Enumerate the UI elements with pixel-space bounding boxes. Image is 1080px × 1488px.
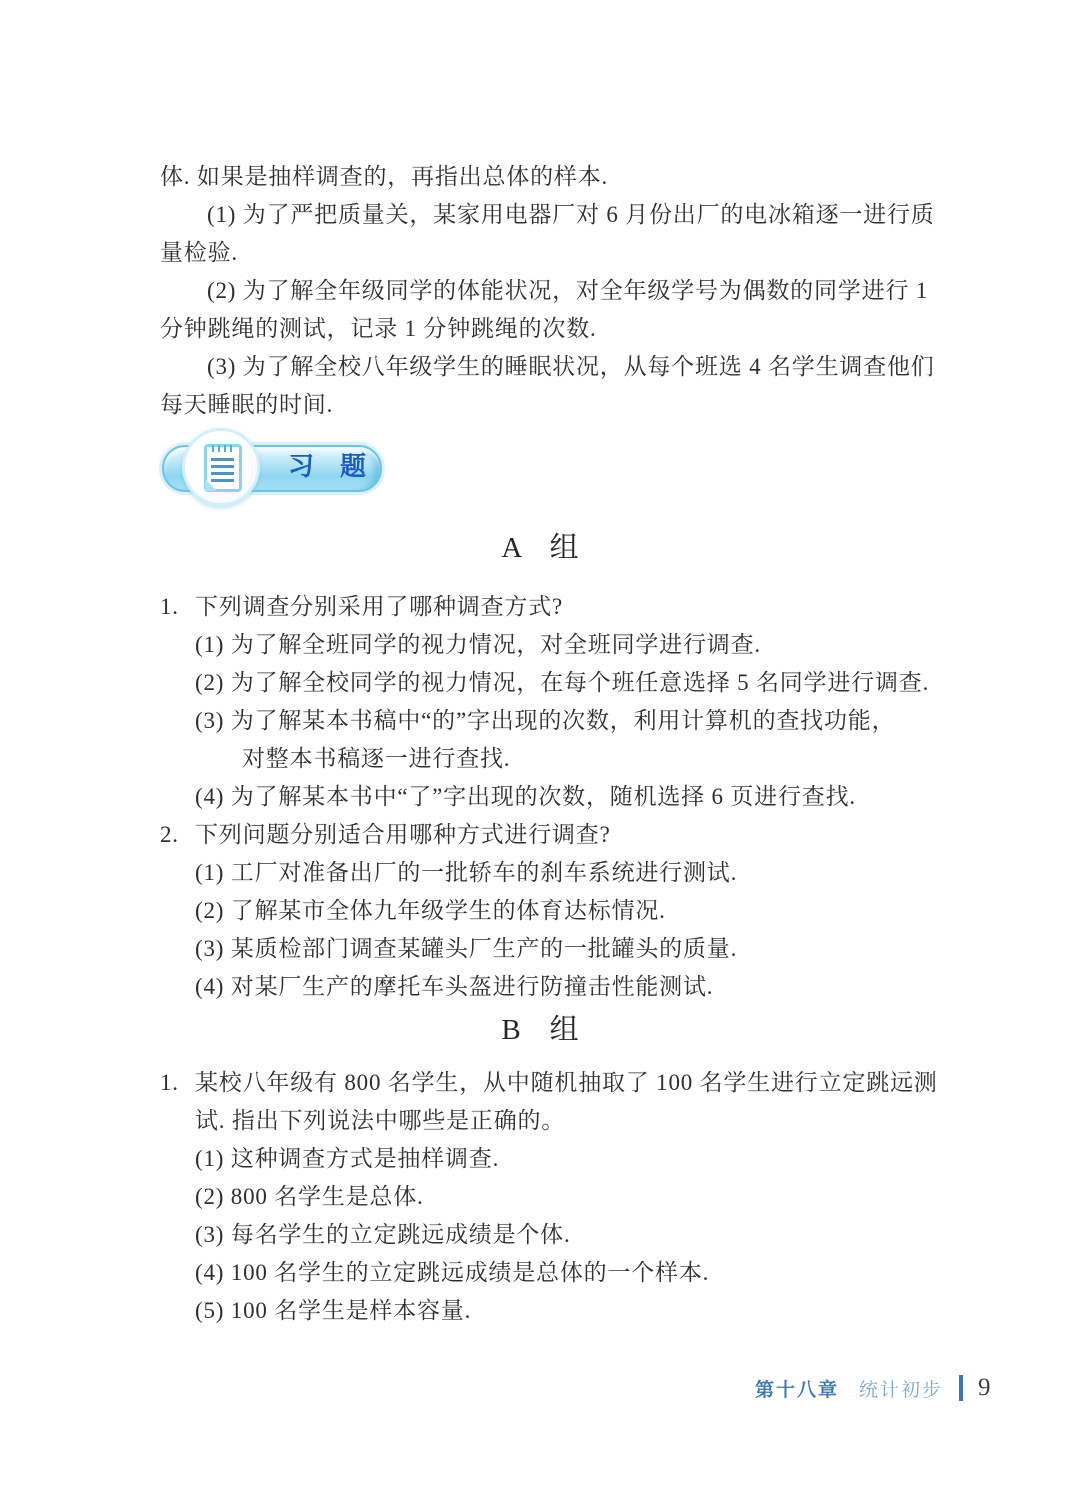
intro-paragraphs: 体. 如果是抽样调查的，再指出总体的样本.(1) 为了严把质量关，某家用电器厂对… [160, 158, 960, 424]
exercise-badge: 习 题 [156, 427, 392, 509]
line-text: (4) 100 名学生的立定跳远成绩是总体的一个样本. [195, 1260, 709, 1285]
line-text: (1) 为了解全班同学的视力情况，对全班同学进行调查. [195, 632, 761, 657]
item-number: 2. [160, 816, 195, 854]
line-text: (1) 这种调查方式是抽样调查. [195, 1146, 499, 1171]
line-text: (2) 了解某市全体九年级学生的体育达标情况. [195, 898, 666, 923]
line-text: (1) 为了严把质量关，某家用电器厂对 6 月份出厂的电冰箱逐一进行质 [207, 202, 935, 227]
text-line: 量检验. [160, 234, 960, 272]
line-text: (3) 每名学生的立定跳远成绩是个体. [195, 1222, 571, 1247]
line-text: 下列问题分别适合用哪种方式进行调查? [195, 822, 611, 847]
text-line: (1) 为了解全班同学的视力情况，对全班同学进行调查. [160, 626, 960, 664]
footer-chapter-label: 第十八章 [755, 1375, 839, 1402]
footer-section-title: 统计初步 [859, 1375, 943, 1402]
line-text: 每天睡眠的时间. [160, 392, 333, 417]
line-text: (3) 某质检部门调查某罐头厂生产的一批罐头的质量. [195, 936, 737, 961]
line-text: 体. 如果是抽样调查的，再指出总体的样本. [160, 164, 608, 189]
text-line: 对整本书稿逐一进行查找. [160, 740, 960, 778]
text-line: 1.某校八年级有 800 名学生，从中随机抽取了 100 名学生进行立定跳远测 [160, 1064, 960, 1102]
text-line: 2.下列问题分别适合用哪种方式进行调查? [160, 816, 960, 854]
text-line: (2) 了解某市全体九年级学生的体育达标情况. [160, 892, 960, 930]
badge-circle [182, 428, 260, 506]
text-line: (1) 工厂对准备出厂的一批轿车的刹车系统进行测试. [160, 854, 960, 892]
text-line: (4) 为了解某本书中“了”字出现的次数，随机选择 6 页进行查找. [160, 778, 960, 816]
text-line: (1) 这种调查方式是抽样调查. [160, 1140, 960, 1178]
text-line: (3) 为了解某本书稿中“的”字出现的次数，利用计算机的查找功能， [160, 702, 960, 740]
line-text: 某校八年级有 800 名学生，从中随机抽取了 100 名学生进行立定跳远测 [195, 1070, 938, 1095]
line-text: (1) 工厂对准备出厂的一批轿车的刹车系统进行测试. [195, 860, 737, 885]
item-number: 1. [160, 588, 195, 626]
footer-page-number: 9 [978, 1374, 991, 1402]
text-line: (2) 为了解全年级同学的体能状况，对全年级学号为偶数的同学进行 1 [160, 272, 960, 310]
section-b-problems: 1.某校八年级有 800 名学生，从中随机抽取了 100 名学生进行立定跳远测试… [160, 1064, 960, 1330]
text-line: (4) 100 名学生的立定跳远成绩是总体的一个样本. [160, 1254, 960, 1292]
line-text: (3) 为了解某本书稿中“的”字出现的次数，利用计算机的查找功能， [195, 708, 895, 733]
line-text: (2) 800 名学生是总体. [195, 1184, 424, 1209]
text-line: 体. 如果是抽样调查的，再指出总体的样本. [160, 158, 960, 196]
text-line: 分钟跳绳的测试，记录 1 分钟跳绳的次数. [160, 310, 960, 348]
footer-divider [959, 1375, 963, 1401]
text-line: 每天睡眠的时间. [160, 386, 960, 424]
text-line: (2) 800 名学生是总体. [160, 1178, 960, 1216]
line-text: 下列调查分别采用了哪种调查方式? [195, 594, 563, 619]
text-line: (3) 为了解全校八年级学生的睡眠状况，从每个班选 4 名学生调查他们 [160, 348, 960, 386]
text-line: 1.下列调查分别采用了哪种调查方式? [160, 588, 960, 626]
text-line: (3) 每名学生的立定跳远成绩是个体. [160, 1216, 960, 1254]
line-text: 对整本书稿逐一进行查找. [242, 746, 510, 771]
line-text: (2) 为了解全年级同学的体能状况，对全年级学号为偶数的同学进行 1 [207, 278, 928, 303]
line-text: 分钟跳绳的测试，记录 1 分钟跳绳的次数. [160, 316, 597, 341]
section-a-problems: 1.下列调查分别采用了哪种调查方式?(1) 为了解全班同学的视力情况，对全班同学… [160, 588, 960, 1006]
line-text: (4) 为了解某本书中“了”字出现的次数，随机选择 6 页进行查找. [195, 784, 856, 809]
section-b-heading: B 组 [0, 1012, 1080, 1048]
section-a-heading: A 组 [0, 530, 1080, 566]
page-footer: 第十八章 统计初步 9 [755, 1372, 991, 1404]
textbook-page: 体. 如果是抽样调查的，再指出总体的样本.(1) 为了严把质量关，某家用电器厂对… [0, 0, 1080, 1488]
text-line: (4) 对某厂生产的摩托车头盔进行防撞击性能测试. [160, 968, 960, 1006]
line-text: 试. 指出下列说法中哪些是正确的。 [195, 1108, 565, 1133]
line-text: (2) 为了解全校同学的视力情况，在每个班任意选择 5 名同学进行调查. [195, 670, 929, 695]
notepad-icon [204, 444, 242, 492]
item-number: 1. [160, 1064, 195, 1102]
line-text: 量检验. [160, 240, 238, 265]
text-line: (2) 为了解全校同学的视力情况，在每个班任意选择 5 名同学进行调查. [160, 664, 960, 702]
line-text: (4) 对某厂生产的摩托车头盔进行防撞击性能测试. [195, 974, 713, 999]
text-line: (5) 100 名学生是样本容量. [160, 1292, 960, 1330]
text-line: 试. 指出下列说法中哪些是正确的。 [160, 1102, 960, 1140]
line-text: (3) 为了解全校八年级学生的睡眠状况，从每个班选 4 名学生调查他们 [207, 354, 935, 379]
text-line: (3) 某质检部门调查某罐头厂生产的一批罐头的质量. [160, 930, 960, 968]
exercise-badge-label: 习 题 [272, 445, 382, 488]
text-line: (1) 为了严把质量关，某家用电器厂对 6 月份出厂的电冰箱逐一进行质 [160, 196, 960, 234]
line-text: (5) 100 名学生是样本容量. [195, 1298, 471, 1323]
